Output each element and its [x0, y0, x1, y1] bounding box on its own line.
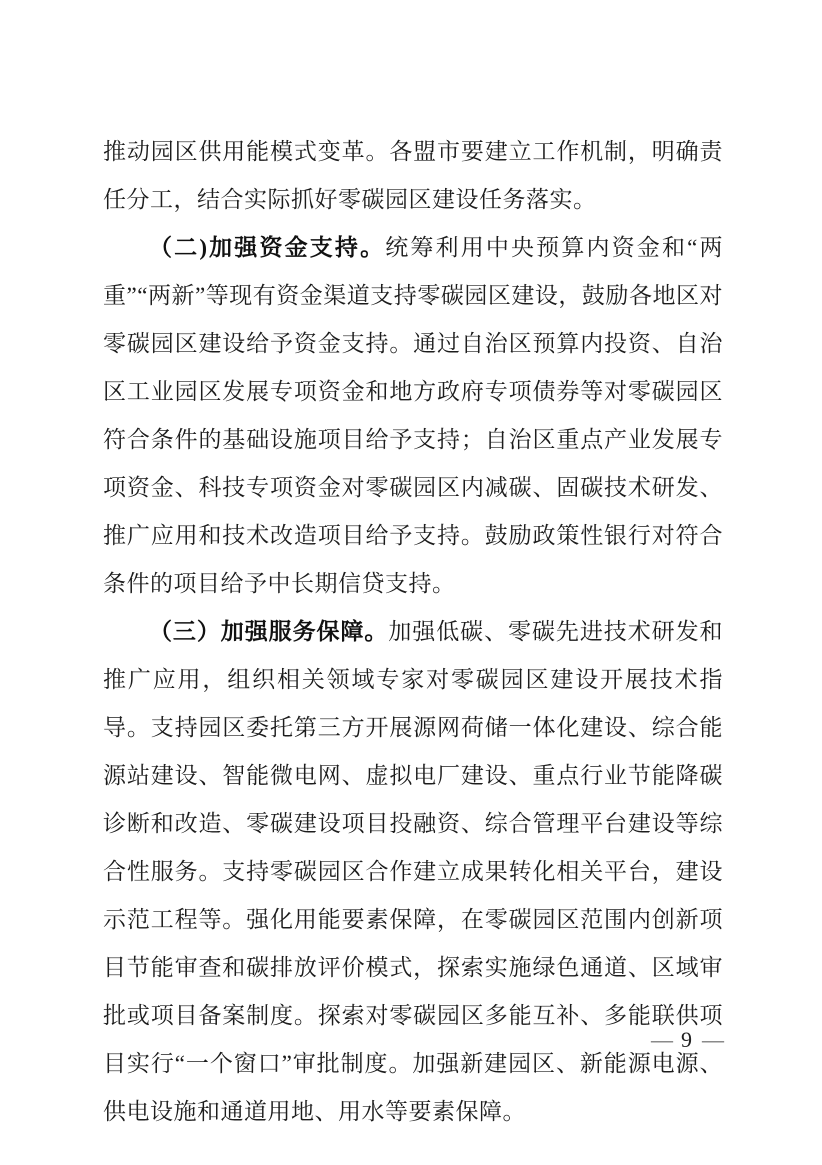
section-heading: （二)加强资金支持。 — [149, 235, 385, 260]
paragraph-section-3: （三）加强服务保障。加强低碳、零碳先进技术研发和推广应用，组织相关领域专家对零碳… — [103, 608, 723, 1136]
paragraph-text: 推动园区供用能模式变革。各盟市要建立工作机制，明确责任分工，结合实际抓好零碳园区… — [103, 139, 723, 212]
document-page: 推动园区供用能模式变革。各盟市要建立工作机制，明确责任分工，结合实际抓好零碳园区… — [0, 0, 822, 1165]
paragraph-section-2: （二)加强资金支持。统筹利用中央预算内资金和“两重”“两新”等现有资金渠道支持零… — [103, 224, 723, 608]
page-number-value: 9 — [681, 1026, 692, 1054]
paragraph-continuation: 推动园区供用能模式变革。各盟市要建立工作机制，明确责任分工，结合实际抓好零碳园区… — [103, 128, 723, 224]
page-number: — 9 — — [651, 1026, 722, 1054]
section-heading: （三）加强服务保障。 — [149, 619, 388, 644]
paragraph-text: 加强低碳、零碳先进技术研发和推广应用，组织相关领域专家对零碳园区建设开展技术指导… — [103, 619, 723, 1124]
paragraph-text: 统筹利用中央预算内资金和“两重”“两新”等现有资金渠道支持零碳园区建设，鼓励各地… — [103, 235, 723, 596]
page-number-dash-left: — — [651, 1026, 671, 1054]
document-body: 推动园区供用能模式变革。各盟市要建立工作机制，明确责任分工，结合实际抓好零碳园区… — [103, 128, 723, 1136]
page-number-dash-right: — — [702, 1026, 722, 1054]
